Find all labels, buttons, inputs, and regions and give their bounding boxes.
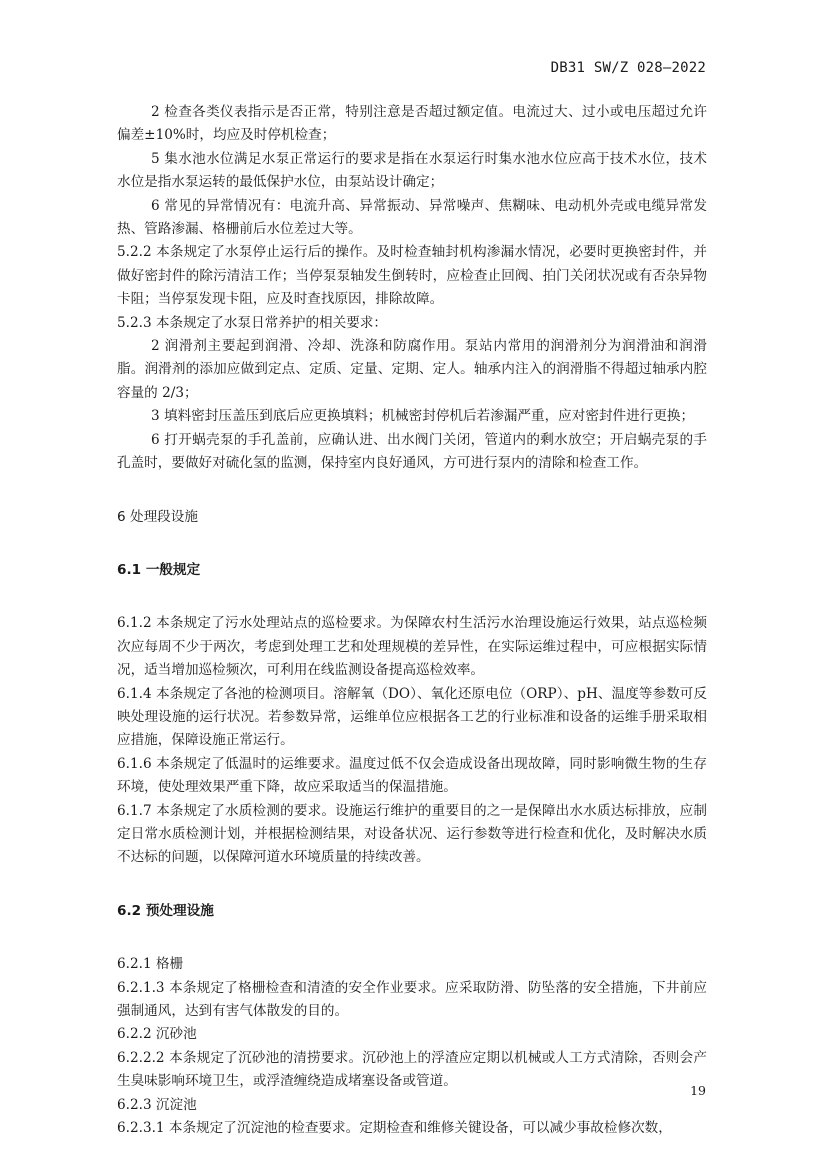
page-body: 2 检查各类仪表指示是否正常，特别注意是否超过额定值。电流过大、过小或电压超过允… <box>117 101 707 1140</box>
clause-6-1-6: 6.1.6 本条规定了低温时的运维要求。温度过低不仅会造成设备出现故障，同时影响… <box>117 753 707 800</box>
paragraph: 6 常见的异常情况有：电流升高、异常振动、异常噪声、焦糊味、电动机外壳或电缆异常… <box>117 195 707 242</box>
subheading-6-2-2: 6.2.2 沉砂池 <box>117 1023 707 1046</box>
clause-6-1-2: 6.1.2 本条规定了污水处理站点的巡检要求。为保障农村生活污水治理设施运行效果… <box>117 612 707 682</box>
document-code-header: DB31 SW/Z 028—2022 <box>551 60 706 76</box>
section-heading-6-1: 6.1 一般规定 <box>117 559 707 582</box>
clause-6-2-1-3: 6.2.1.3 本条规定了格栅检查和清渣的安全作业要求。应采取防滑、防坠落的安全… <box>117 977 707 1024</box>
section-heading-6: 6 处理段设施 <box>117 506 707 529</box>
page-number: 19 <box>690 1083 706 1098</box>
clause-6-2-3-1: 6.2.3.1 本条规定了沉淀池的检查要求。定期检查和维修关键设备，可以减少事故… <box>117 1117 707 1140</box>
clause-6-1-4: 6.1.4 本条规定了各池的检测项目。溶解氧（DO）、氧化还原电位（ORP）、p… <box>117 683 707 753</box>
clause-6-2-2-2: 6.2.2.2 本条规定了沉砂池的清捞要求。沉砂池上的浮渣应定期以机械或人工方式… <box>117 1047 707 1094</box>
subheading-6-2-3: 6.2.3 沉淀池 <box>117 1094 707 1117</box>
paragraph: 2 检查各类仪表指示是否正常，特别注意是否超过额定值。电流过大、过小或电压超过允… <box>117 101 707 148</box>
paragraph: 5 集水池水位满足水泵正常运行的要求是指在水泵运行时集水池水位应高于技术水位，技… <box>117 148 707 195</box>
paragraph: 3 填料密封压盖压到底后应更换填料；机械密封停机后若渗漏严重，应对密封件进行更换… <box>117 405 707 428</box>
clause-5-2-3: 5.2.3 本条规定了水泵日常养护的相关要求： <box>117 312 707 335</box>
clause-5-2-2: 5.2.2 本条规定了水泵停止运行后的操作。及时检查轴封机构渗漏水情况，必要时更… <box>117 241 707 311</box>
section-heading-6-2: 6.2 预处理设施 <box>117 900 707 923</box>
clause-6-1-7: 6.1.7 本条规定了水质检测的要求。设施运行维护的重要目的之一是保障出水水质达… <box>117 800 707 870</box>
paragraph: 2 润滑剂主要起到润滑、冷却、洗涤和防腐作用。泵站内常用的润滑剂分为润滑油和润滑… <box>117 335 707 405</box>
subheading-6-2-1: 6.2.1 格栅 <box>117 953 707 976</box>
paragraph: 6 打开蜗壳泵的手孔盖前，应确认进、出水阀门关闭，管道内的剩水放空；开启蜗壳泵的… <box>117 429 707 476</box>
